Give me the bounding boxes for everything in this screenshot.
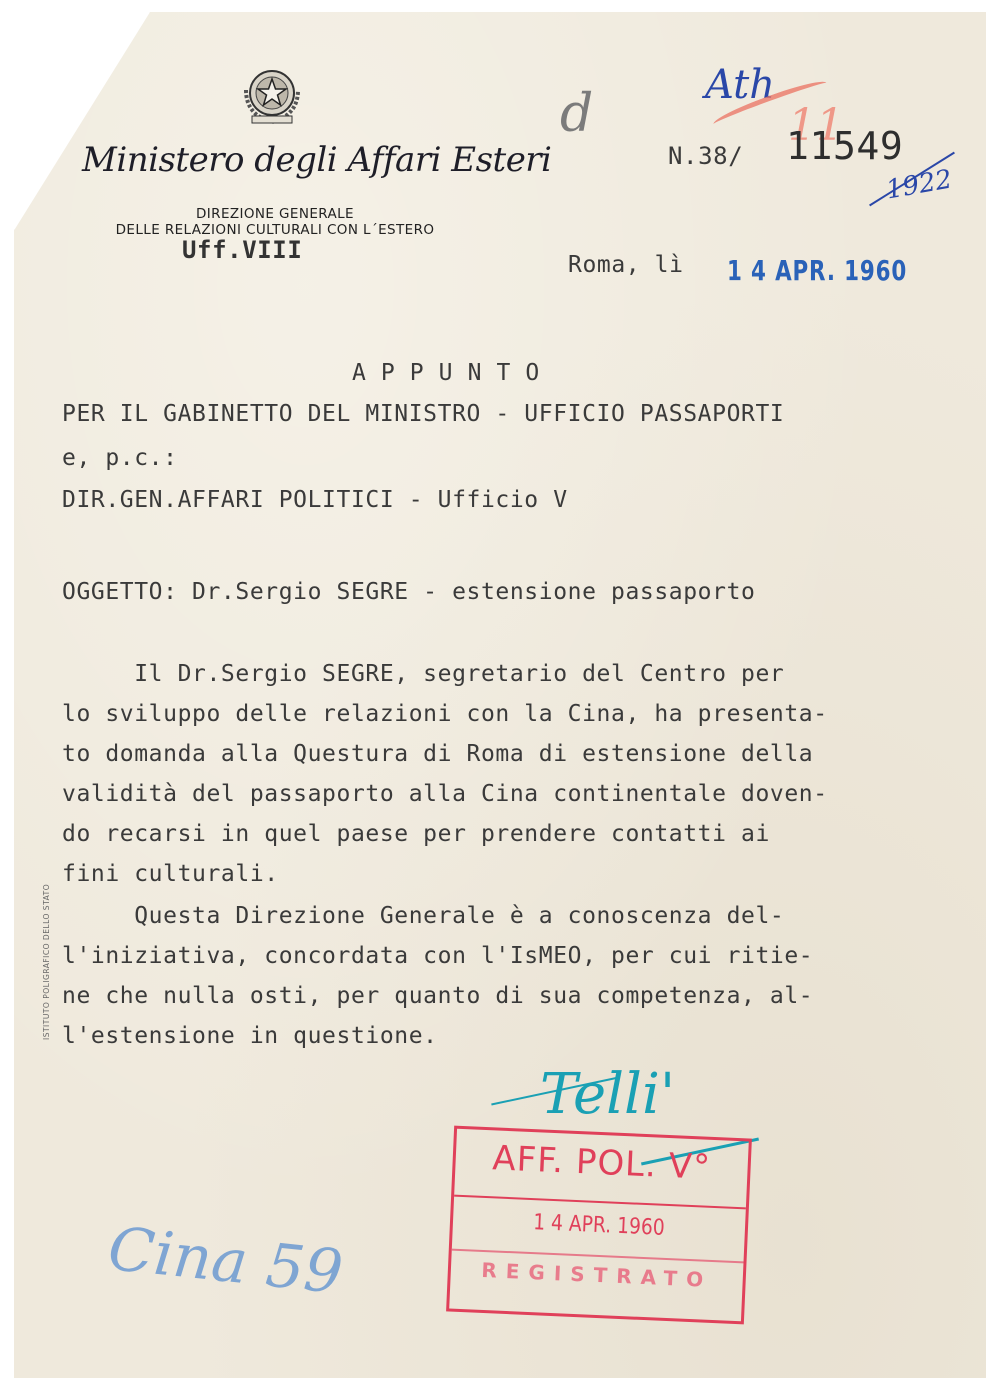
- signature: Telli': [540, 1062, 675, 1127]
- cc-label: e, p.c.:: [62, 440, 178, 476]
- ministry-name: Ministero degli Affari Esteri: [82, 140, 551, 180]
- protocol-number: 11549: [786, 124, 903, 168]
- stamp-office: AFF. POL. V°: [455, 1137, 748, 1190]
- body-line: fini culturali.: [62, 856, 279, 892]
- body-line: do recarsi in quel paese per prendere co…: [62, 816, 770, 852]
- body-line: l'estensione in questione.: [62, 1018, 438, 1054]
- body-line: Questa Direzione Generale è a conoscenza…: [62, 898, 784, 934]
- document-title: A P P U N T O: [352, 360, 540, 386]
- direction-line-1: DIREZIONE GENERALE: [100, 206, 450, 222]
- received-stamp: AFF. POL. V° 1 4 APR. 1960 REGISTRATO: [446, 1126, 752, 1325]
- body-line: Il Dr.Sergio SEGRE, segretario del Centr…: [62, 656, 784, 692]
- date-place: Roma, lì: [568, 252, 684, 278]
- subject-line: OGGETTO: Dr.Sergio SEGRE - estensione pa…: [62, 574, 755, 610]
- stamp-status: REGISTRATO: [450, 1257, 743, 1294]
- emblem-icon: [236, 60, 308, 132]
- stamp-date: 1 4 APR. 1960: [474, 1208, 723, 1244]
- body-line: to domanda alla Questura di Roma di este…: [62, 736, 813, 772]
- body-line: ne che nulla osti, per quanto di sua com…: [62, 978, 813, 1014]
- body-line: validità del passaporto alla Cina contin…: [62, 776, 828, 812]
- protocol-prefix: N.38/: [668, 142, 743, 170]
- recipient-line: PER IL GABINETTO DEL MINISTRO - UFFICIO …: [62, 396, 784, 432]
- office-label: Uff.VIII: [182, 236, 302, 264]
- body-line: l'iniziativa, concordata con l'IsMEO, pe…: [62, 938, 813, 974]
- cc-recipient: DIR.GEN.AFFARI POLITICI - Ufficio V: [62, 482, 568, 518]
- stamp-divider: [454, 1195, 746, 1210]
- pencil-mark: d: [560, 84, 593, 144]
- printer-imprint: ISTITUTO POLIGRAFICO DELLO STATO: [42, 884, 51, 1040]
- date-stamp: 1 4 APR. 1960: [727, 254, 907, 287]
- body-line: lo sviluppo delle relazioni con la Cina,…: [62, 696, 828, 732]
